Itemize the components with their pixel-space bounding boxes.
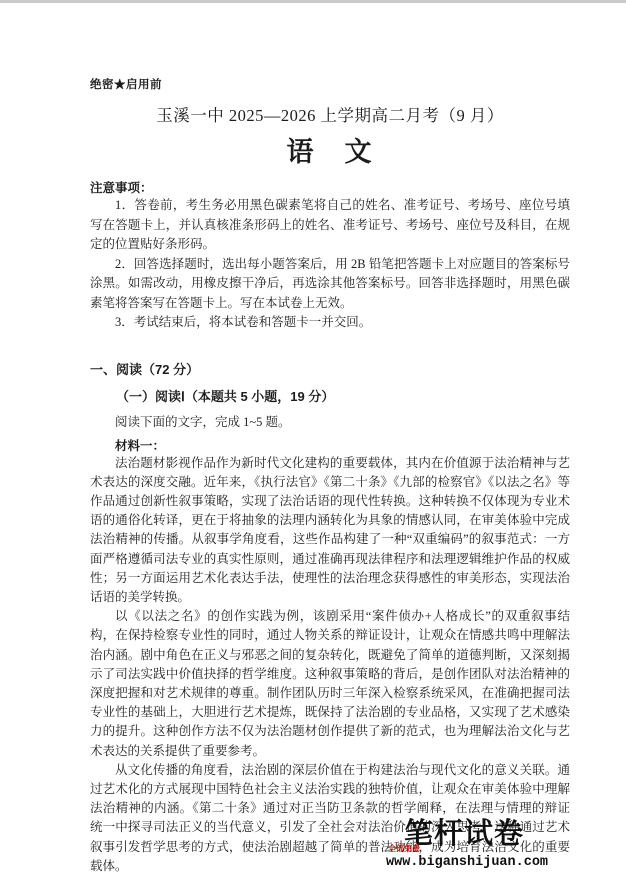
passage-paragraph-2: 以《以法之名》的创作实践为例，该剧采用“案件侦办+人格成长”的双重叙事结构，在保… [90, 607, 570, 761]
reading-instruction: 阅读下面的文字，完成 1~5 题。 [90, 412, 570, 430]
watermark-brand: 笔杆试卷 [404, 818, 556, 850]
reading-passage: 法治题材影视作品作为新时代文化建构的重要载体，其内在价值源于法治精神与艺术表达的… [90, 454, 570, 876]
passage-paragraph-1: 法治题材影视作品作为新时代文化建构的重要载体，其内在价值源于法治精神与艺术表达的… [90, 454, 570, 608]
subject-title: 语 文 [90, 130, 570, 169]
section-subheading: （一）阅读Ⅰ（本题共 5 小题，19 分） [90, 386, 570, 405]
exam-paper: 绝密★启用前 玉溪一中 2025—2026 上学期高二月考（9 月） 语 文 注… [90, 76, 570, 876]
section-heading: 一、阅读（72 分） [90, 359, 570, 378]
classification-label: 绝密★启用前 [90, 76, 570, 92]
watermark-url: www.biganshijuan.com [386, 856, 556, 870]
exam-title: 玉溪一中 2025—2026 上学期高二月考（9 月） [90, 102, 570, 126]
watermark-free-badge: 全部免费 [388, 845, 420, 853]
notices-list: 1．答卷前，考生务必用黑色碳素笔将自己的姓名、准考证号、考场号、座位号填写在答题… [90, 196, 570, 333]
watermark: 笔杆试卷 全部免费 www.biganshijuan.com [386, 818, 556, 870]
notice-item-1: 1．答卷前，考生务必用黑色碳素笔将自己的姓名、准考证号、考场号、座位号填写在答题… [90, 196, 570, 255]
notices-heading: 注意事项： [90, 178, 570, 196]
scan-edge-bar [0, 0, 626, 3]
notice-item-3: 3．考试结束后，将本试卷和答题卡一并交回。 [90, 313, 570, 333]
material-label: 材料一： [90, 436, 570, 454]
notice-item-2: 2．回答选择题时，选出每小题答案后，用 2B 铅笔把答题卡上对应题目的答案标号涂… [90, 255, 570, 314]
